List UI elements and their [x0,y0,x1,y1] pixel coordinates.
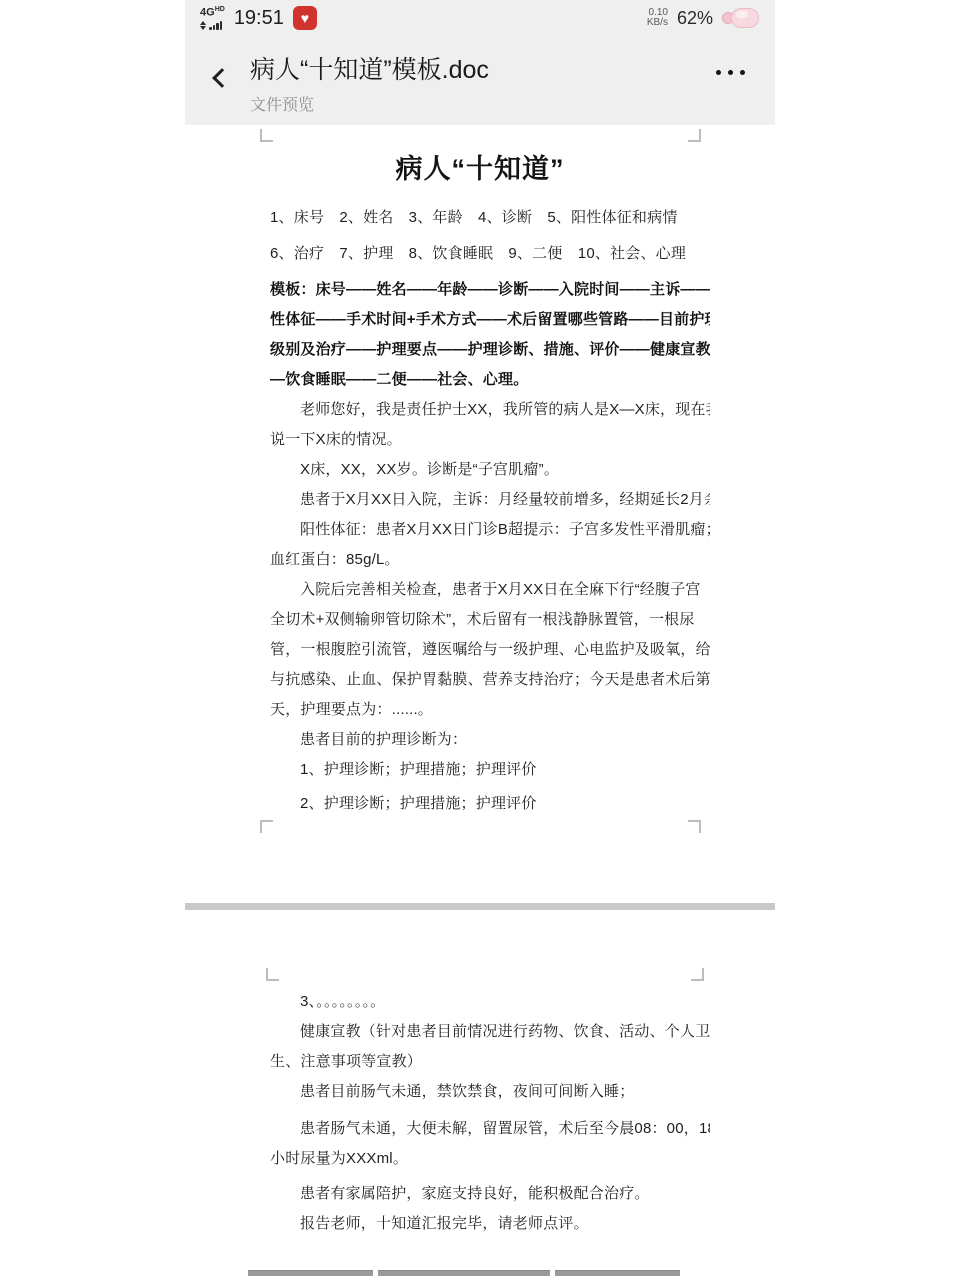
doc-text-line: 阳性体征：患者X月XX日门诊B超提示：子宫多发性平滑肌瘤； [270,515,710,545]
more-menu-button[interactable] [716,70,745,75]
page2-corner-top-right [691,968,704,981]
doc-text-line: 健康宣教（针对患者目前情况进行药物、饮食、活动、个人卫 [270,1017,710,1047]
page1-corner-top-right [688,129,701,142]
doc-text-line: 报告老师，十知道汇报完毕，请老师点评。 [270,1209,710,1239]
doc-text-line: —饮食睡眠——二便——社会、心理。 [270,365,710,395]
table-edge-bar [378,1270,550,1276]
doc-text-line: 6、治疗 7、护理 8、饮食睡眠 9、二便 10、社会、心理 [270,239,710,269]
doc-text-line: 模板：床号——姓名——年龄——诊断——入院时间——主诉——阳 [270,275,710,305]
page2-corner-top-left [266,968,279,981]
doc-text-line: 患者于X月XX日入院，主诉：月经量较前增多，经期延长2月余。 [270,485,710,515]
title-block: 病人“十知道”模板.doc 文件预览 [250,50,690,115]
document-heading: 病人“十知道” [185,147,775,186]
doc-text-line: 3、。。。。。。。。 [270,987,710,1017]
table-edge-bar [555,1270,680,1276]
doc-text-line: 1、床号 2、姓名 3、年龄 4、诊断 5、阳性体征和病情 [270,203,710,233]
signal-bars-icon [200,21,222,30]
battery-percent: 62% [677,8,713,29]
doc-text-line: 天，护理要点为：......。 [270,695,710,725]
document-preview[interactable]: 病人“十知道” 1、床号 2、姓名 3、年龄 4、诊断 5、阳性体征和病情6、治… [185,125,775,1280]
file-preview-header: 病人“十知道”模板.doc 文件预览 [185,44,775,124]
cutoff-table-edge [248,1270,680,1276]
doc-text-line: 患者肠气未通，大便未解，留置尿管，术后至今晨08：00，18 [270,1114,710,1144]
page1-text: 1、床号 2、姓名 3、年龄 4、诊断 5、阳性体征和病情6、治疗 7、护理 8… [270,203,710,819]
doc-text-line: 入院后完善相关检查，患者于X月XX日在全麻下行“经腹子宫 [270,575,710,605]
network-type-label: 4GHD [200,6,225,19]
page1-corner-top-left [260,129,273,142]
screenshot-canvas: 4GHD 19:51 ♥ 0.10 KB/s 62% [0,0,960,1280]
doc-text-line: 血红蛋白：85g/L。 [270,545,710,575]
table-edge-bar [248,1270,373,1276]
page2-text: 3、。。。。。。。。健康宣教（针对患者目前情况进行药物、饮食、活动、个人卫生、注… [270,987,710,1239]
status-right-group: 0.10 KB/s 62% [647,6,760,30]
doc-text-line: 生、注意事项等宣教） [270,1047,710,1077]
status-left-group: 4GHD 19:51 ♥ [200,6,317,30]
notification-app-icon: ♥ [293,6,317,30]
preview-label: 文件预览 [250,92,690,115]
doc-text-line: 1、护理诊断；护理措施；护理评价 [270,755,710,785]
file-title: 病人“十知道”模板.doc [250,50,690,86]
doc-text-line: 小时尿量为XXXml。 [270,1144,710,1174]
doc-text-line: 管，一根腹腔引流管，遵医嘱给与一级护理、心电监护及吸氧，给 [270,635,710,665]
status-bar: 4GHD 19:51 ♥ 0.10 KB/s 62% [185,6,775,38]
badge-glyph-icon: ♥ [301,11,309,25]
network-speed: 0.10 KB/s [647,8,668,28]
page-separator [185,903,775,910]
doc-text-line: 与抗感染、止血、保护胃黏膜、营养支持治疗；今天是患者术后第X [270,665,710,695]
battery-icon [722,6,760,30]
status-time: 19:51 [234,7,284,30]
data-arrows-icon [200,21,206,30]
doc-text-line: 2、护理诊断；护理措施；护理评价 [270,789,710,819]
doc-text-line: 性体征——手术时间+手术方式——术后留置哪些管路——目前护理 [270,305,710,335]
speed-unit: KB/s [647,18,668,28]
doc-text-line: 患者有家属陪护，家庭支持良好，能积极配合治疗。 [270,1179,710,1209]
doc-text-line: 全切术+双侧输卵管切除术”，术后留有一根浅静脉置管，一根尿 [270,605,710,635]
doc-text-line: X床，XX，XX岁。诊断是“子宫肌瘤”。 [270,455,710,485]
back-button[interactable] [207,66,235,94]
doc-text-line: 说一下X床的情况。 [270,425,710,455]
back-chevron-icon [212,68,232,88]
doc-text-line: 级别及治疗——护理要点——护理诊断、措施、评价——健康宣教— [270,335,710,365]
doc-text-line: 老师您好，我是责任护士XX，我所管的病人是X—X床，现在我 [270,395,710,425]
doc-text-line: 患者目前肠气未通，禁饮禁食，夜间可间断入睡； [270,1077,710,1107]
doc-text-line: 患者目前的护理诊断为： [270,725,710,755]
top-bar: 4GHD 19:51 ♥ 0.10 KB/s 62% [185,0,775,125]
page1-corner-bottom-left [260,820,273,833]
phone-screen: 4GHD 19:51 ♥ 0.10 KB/s 62% [185,0,775,1280]
page1-corner-bottom-right [688,820,701,833]
network-indicator: 4GHD [200,6,225,30]
